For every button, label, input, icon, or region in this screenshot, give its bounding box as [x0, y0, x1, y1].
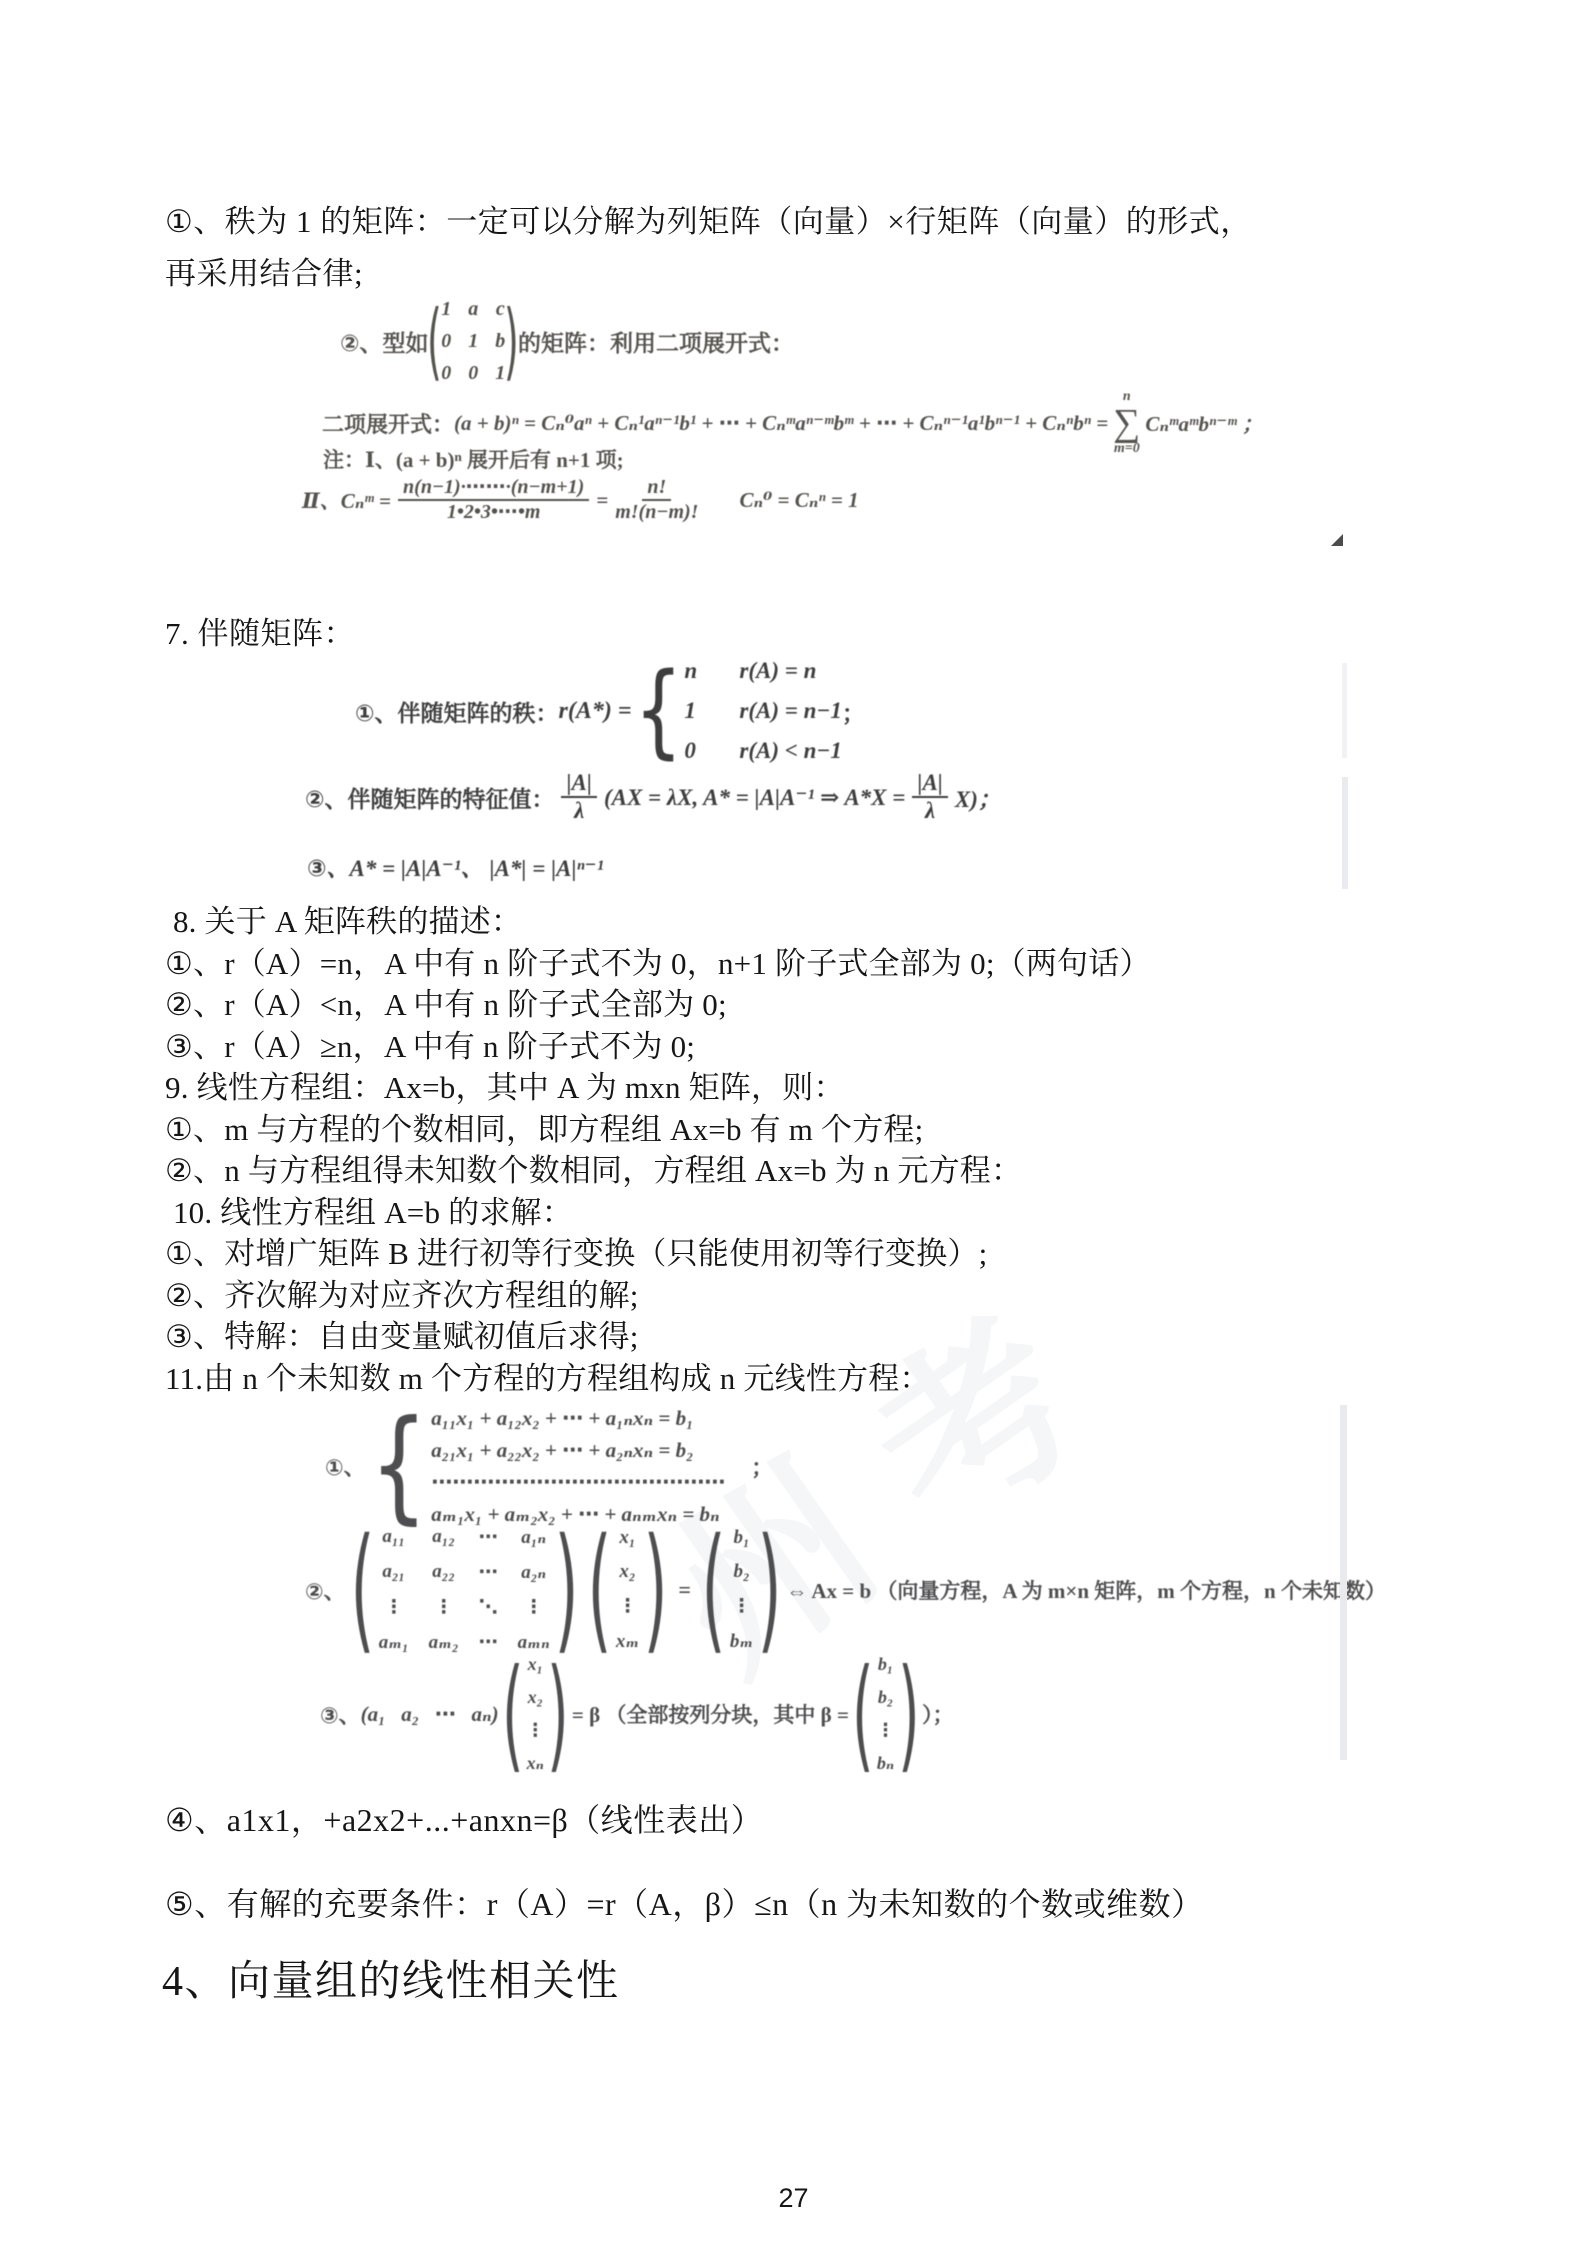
matrix-cell: a₁ₙ: [521, 1526, 546, 1549]
equals-sign: =: [678, 1577, 691, 1603]
matrix-cell: ⋯: [479, 1631, 498, 1654]
matrix-cell: a₂₁: [382, 1561, 405, 1584]
punctuation: ；: [842, 695, 865, 728]
matrix-3x3: 1 a c 0 1 b 0 0 1: [441, 298, 505, 385]
image-edge-strip: [1340, 1405, 1347, 1760]
fraction: |A| λ: [912, 770, 947, 825]
formula-row-adjugate-rank: ①、伴随矩阵的秩： r(A*) = { n r(A) = n 1 r(A) = …: [355, 658, 865, 764]
case-condition: r(A) = n−1: [739, 698, 841, 724]
summation: n ∑ m=0: [1113, 390, 1140, 456]
formula-row-note1: 注：Ⅰ、(a + b)ⁿ 展开后有 n+1 项;: [323, 444, 624, 474]
matrix-cell: ⋮: [384, 1596, 403, 1619]
formula-image-linear-system: ①、 { a₁₁x₁ + a₁₂x₂ + ⋯ + a₁ₙxₙ = b₁ a₂₁x…: [280, 1398, 1520, 1773]
punctuation: ）；: [922, 1699, 954, 1729]
formula-expression: Cₙᵐaᵐbⁿ⁻ᵐ ；: [1145, 408, 1263, 438]
vector-cell: bₙ: [877, 1753, 894, 1774]
formula-label: ③、: [320, 1699, 361, 1730]
matrix-cell: a₂ₙ: [521, 1561, 546, 1584]
formula-row-column-partition: ③、 (a₁ a₂ ⋯ aₙ) ( x₁ x₂ ⋮ xₙ ) = β （全部按列…: [320, 1654, 954, 1774]
matrix-cell: 0: [468, 362, 478, 385]
formula-row-adjugate-eigenvalue: ②、伴随矩阵的特征值： |A| λ (AX = λX, A* = |A|A⁻¹ …: [305, 770, 1001, 825]
equation-lines: a₁₁x₁ + a₁₂x₂ + ⋯ + a₁ₙxₙ = b₁ a₂₁x₁ + a…: [431, 1404, 725, 1528]
paragraph-rank1-matrix: ①、秩为 1 的矩阵：一定可以分解为列矩阵（向量）×行矩阵（向量）的形式， 再采…: [165, 196, 1252, 300]
case-value: 1: [684, 698, 739, 724]
left-brace: {: [369, 1411, 427, 1521]
case-value: 0: [684, 738, 739, 764]
left-paren: (: [427, 303, 442, 380]
denominator: 1•2•3•⋯•m: [447, 501, 541, 524]
right-paren: ): [644, 1527, 668, 1652]
formula-row-equation-system: ①、 { a₁₁x₁ + a₁₂x₂ + ⋯ + a₁ₙxₙ = b₁ a₂₁x…: [325, 1404, 773, 1528]
image-corner-handle-icon: [1331, 534, 1343, 546]
text-line: ①、r（A）=n，A 中有 n 阶子式不为 0，n+1 阶子式全部为 0;（两句…: [165, 943, 1151, 985]
matrix-cell: ⋯: [479, 1526, 498, 1549]
formula-label: 的矩阵：利用二项展开式：: [518, 325, 794, 358]
equation-line: ⋯⋯⋯⋯⋯⋯⋯⋯⋯⋯⋯⋯⋯⋯: [431, 1468, 725, 1496]
matrix-a: a₁₁ a₁₂ ⋯ a₁ₙ a₂₁ a₂₂ ⋯ a₂ₙ ⋮ ⋮ ⋱ ⋮ aₘ₁ …: [379, 1526, 550, 1654]
text-line: ③、特解：自由变量赋初值后求得;: [165, 1316, 1151, 1358]
text-line: 10. 线性方程组 A=b 的求解：: [165, 1192, 1151, 1234]
vector-cell: ⋮: [526, 1720, 544, 1741]
matrix-cell: 0: [441, 330, 451, 353]
text-line: ①、秩为 1 的矩阵：一定可以分解为列矩阵（向量）×行矩阵（向量）的形式，: [165, 196, 1252, 248]
text-line: ②、齐次解为对应齐次方程组的解;: [165, 1275, 1151, 1317]
numerator: |A|: [912, 770, 947, 798]
formula-image-binomial: ②、型如 ( 1 a c 0 1 b 0 0 1 ) 的矩阵：利用二项展开式： …: [278, 294, 1358, 554]
left-paren: (: [502, 1658, 523, 1770]
formula-label: 二项展开式：: [322, 408, 454, 439]
formula-label: ②、伴随矩阵的特征值：: [305, 781, 554, 814]
fraction: n(n−1)·⋯⋯·(n−m+1) 1•2•3•⋯•m: [398, 476, 589, 524]
case-condition: r(A) = n: [739, 658, 841, 684]
fraction: n! m!(n−m)!: [615, 476, 698, 524]
vector-cell: b₁: [878, 1654, 893, 1675]
document-page: 州考 ①、秩为 1 的矩阵：一定可以分解为列矩阵（向量）×行矩阵（向量）的形式，…: [0, 0, 1587, 2245]
denominator: λ: [574, 798, 584, 824]
left-paren: (: [587, 1527, 611, 1652]
formula-row-matrix-equation: ②、 ( a₁₁ a₁₂ ⋯ a₁ₙ a₂₁ a₂₂ ⋯ a₂ₙ ⋮ ⋮ ⋱ ⋮…: [305, 1526, 1386, 1654]
sum-lower-limit: m=0: [1114, 442, 1140, 456]
vector-cell: ⋮: [877, 1720, 895, 1741]
section-4-heading: 4、向量组的线性相关性: [162, 1948, 620, 2008]
matrix-cell: ⋮: [434, 1596, 453, 1619]
formula-label: ①、: [325, 1451, 366, 1482]
formula-expression: r(A*) =: [558, 698, 631, 725]
matrix-cell: ⋯: [479, 1561, 498, 1584]
vector-cell: x₂: [619, 1561, 635, 1583]
text-line: 9. 线性方程组：Ax=b，其中 A 为 mxn 矩阵，则：: [165, 1067, 1151, 1109]
formula-label: ①、伴随矩阵的秩：: [355, 695, 558, 728]
right-paren: ): [554, 1527, 578, 1652]
vector-cell: b₁: [733, 1527, 749, 1549]
right-paren: ): [504, 303, 519, 380]
vector-x: x₁ x₂ ⋮ xₘ: [616, 1527, 639, 1653]
image-edge-strip: [1342, 663, 1347, 758]
left-paren: (: [350, 1527, 374, 1652]
piecewise-cases: n r(A) = n 1 r(A) = n−1 0 r(A) < n−1: [684, 658, 841, 764]
text-line: ②、r（A）<n，A 中有 n 阶子式全部为 0;: [165, 984, 1151, 1026]
formula-expression: Ⅱ、Cₙᵐ =: [302, 485, 391, 515]
formula-annotation: = β （全部按列分块，其中 β =: [572, 1699, 849, 1729]
formula-image-adjugate: ①、伴随矩阵的秩： r(A*) = { n r(A) = n 1 r(A) = …: [250, 652, 1350, 892]
sections-8-to-11: 8. 关于 A 矩阵秩的描述： ①、r（A）=n，A 中有 n 阶子式不为 0，…: [165, 901, 1151, 1399]
formula-expression: X)；: [955, 781, 1001, 814]
formula-row-note2: Ⅱ、Cₙᵐ = n(n−1)·⋯⋯·(n−m+1) 1•2•3•⋯•m = n!…: [302, 476, 859, 524]
matrix-cell: a₁₁: [382, 1526, 405, 1549]
denominator: λ: [925, 798, 935, 824]
case-value: n: [684, 658, 739, 684]
text-line: ①、对增广矩阵 B 进行初等行变换（只能使用初等行变换）;: [165, 1233, 1151, 1275]
text-line: ①、m 与方程的个数相同，即方程组 Ax=b 有 m 个方程;: [165, 1109, 1151, 1151]
matrix-cell: a: [468, 298, 478, 321]
sigma-icon: ∑: [1113, 404, 1140, 442]
matrix-cell: ⋮: [524, 1596, 543, 1619]
left-paren: (: [852, 1658, 873, 1770]
row-vector-a: (a₁ a₂ ⋯ aₙ): [361, 1701, 499, 1727]
item-4-linear-representation: ④、a1x1，+a2x2+...+anxn=β（线性表出）: [165, 1794, 763, 1846]
right-paren: ): [547, 1658, 568, 1770]
numerator: n!: [642, 476, 671, 501]
right-paren: ): [898, 1658, 919, 1770]
matrix-cell: 1: [468, 330, 478, 353]
vector-cell: xₙ: [527, 1753, 544, 1774]
formula-expression: (AX = λX, A* = |A|A⁻¹ ⇒ A*X =: [604, 784, 905, 811]
formula-row-matrix-type: ②、型如 ( 1 a c 0 1 b 0 0 1 ) 的矩阵：利用二项展开式：: [340, 298, 794, 385]
vector-cell: ⋮: [618, 1595, 637, 1618]
formula-label: ②、型如: [340, 325, 428, 358]
formula-expression: ③、A* = |A|A⁻¹、 |A*| = |A|ⁿ⁻¹: [307, 850, 604, 883]
vector-cell: x₁: [619, 1527, 635, 1549]
equation-line: a₂₁x₁ + a₂₂x₂ + ⋯ + a₂ₙxₙ = b₂: [431, 1436, 693, 1464]
numerator: |A|: [561, 770, 596, 798]
formula-annotation: ⇔ Ax = b （向量方程，A 为 m×n 矩阵，m 个方程，n 个未知数）: [786, 1575, 1386, 1605]
matrix-cell: aₘ₂: [429, 1631, 459, 1654]
image-edge-strip: [1342, 777, 1348, 889]
vector-cell: x₁: [528, 1654, 543, 1675]
numerator: n(n−1)·⋯⋯·(n−m+1): [398, 476, 589, 501]
text-line: ②、n 与方程组得未知数个数相同，方程组 Ax=b 为 n 元方程：: [165, 1150, 1151, 1192]
page-number: 27: [0, 2183, 1587, 2214]
text-line: 再采用结合律;: [165, 248, 1252, 300]
formula-expression: (a + b)ⁿ = Cₙ⁰aⁿ + Cₙ¹aⁿ⁻¹b¹ + ⋯ + Cₙᵐaⁿ…: [454, 410, 1108, 436]
punctuation: ；: [751, 1451, 773, 1482]
text-line: ③、r（A）≥n，A 中有 n 阶子式不为 0;: [165, 1026, 1151, 1068]
matrix-cell: aₘ₁: [379, 1631, 409, 1654]
matrix-cell: ⋱: [479, 1596, 498, 1619]
vector-b: b₁ b₂ ⋮ bₘ: [730, 1527, 753, 1653]
vector-cell: x₂: [528, 1687, 543, 1708]
text-line: 11.由 n 个未知数 m 个方程的方程组构成 n 元线性方程：: [165, 1358, 1151, 1400]
vector-x2: x₁ x₂ ⋮ xₙ: [526, 1654, 544, 1774]
left-paren: (: [701, 1527, 725, 1652]
fraction: |A| λ: [561, 770, 596, 825]
left-brace: {: [634, 665, 683, 757]
formula-expression: Cₙ⁰ = Cₙⁿ = 1: [739, 487, 858, 513]
vector-b2: b₁ b₂ ⋮ bₙ: [877, 1654, 895, 1774]
vector-cell: b₂: [733, 1561, 749, 1583]
vector-cell: xₘ: [616, 1630, 639, 1653]
formula-label: ②、: [305, 1575, 346, 1606]
equation-line: a₁₁x₁ + a₁₂x₂ + ⋯ + a₁ₙxₙ = b₁: [431, 1404, 693, 1432]
equals-sign: =: [596, 488, 608, 513]
matrix-cell: 0: [441, 362, 451, 385]
matrix-cell: a₂₂: [432, 1561, 455, 1584]
vector-cell: b₂: [878, 1687, 893, 1708]
vector-cell: bₘ: [730, 1630, 753, 1653]
formula-row-adjugate-det: ③、A* = |A|A⁻¹、 |A*| = |A|ⁿ⁻¹: [307, 850, 604, 883]
text-line: 8. 关于 A 矩阵秩的描述：: [165, 901, 1151, 943]
case-condition: r(A) < n−1: [739, 738, 841, 764]
vector-cell: ⋮: [732, 1595, 751, 1618]
denominator: m!(n−m)!: [615, 501, 698, 524]
matrix-cell: a₁₂: [432, 1526, 455, 1549]
formula-note: 注：Ⅰ、(a + b)ⁿ 展开后有 n+1 项;: [323, 444, 624, 474]
matrix-cell: 1: [441, 298, 451, 321]
item-5-solvability-condition: ⑤、有解的充要条件：r（A）=r（A，β）≤n（n 为未知数的个数或维数）: [165, 1878, 1204, 1930]
right-paren: ): [758, 1527, 782, 1652]
